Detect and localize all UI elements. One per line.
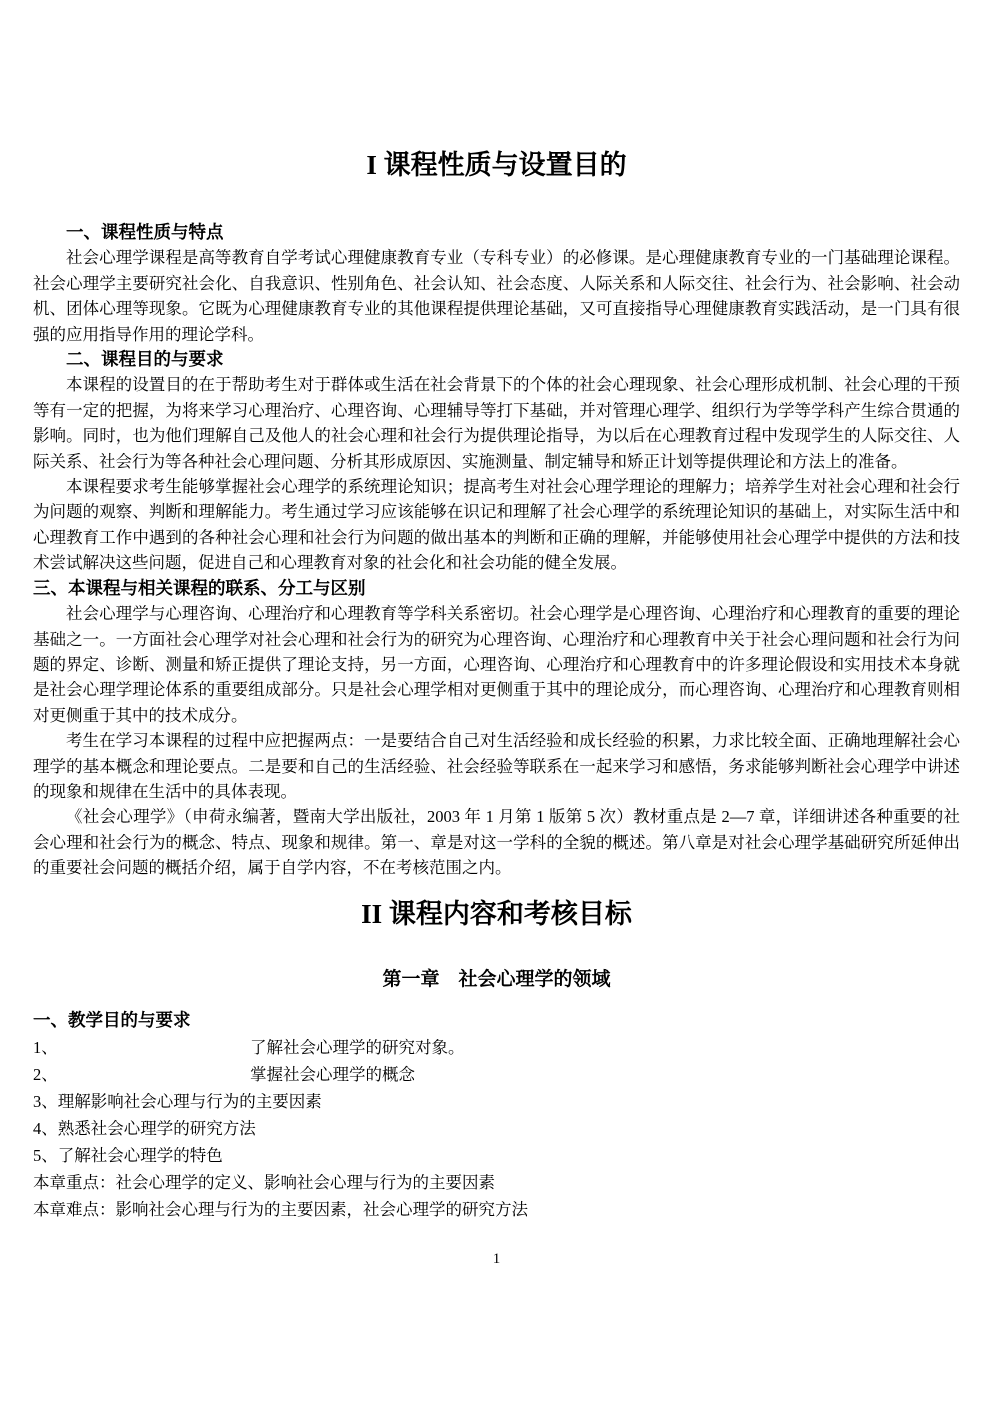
chapter1-title: 第一章 社会心理学的领域 [33, 969, 960, 991]
objective-text: 掌握社会心理学的概念 [250, 1065, 415, 1084]
objective-item-1: 1、了解社会心理学的研究对象。 [33, 1034, 960, 1061]
objective-number: 1、 [33, 1034, 250, 1061]
objective-text: 理解影响社会心理与行为的主要因素 [58, 1092, 322, 1111]
paragraph: 本课程的设置目的在于帮助考生对于群体或生活在社会背景下的个体的社会心理现象、社会… [33, 372, 960, 474]
part1-title: I 课程性质与设置目的 [33, 150, 960, 180]
chapter1-section-heading: 一、教学目的与要求 [33, 1007, 960, 1034]
objective-item-4: 4、熟悉社会心理学的研究方法 [33, 1115, 960, 1142]
paragraph: 社会心理学课程是高等教育自学考试心理健康教育专业（专科专业）的必修课。是心理健康… [33, 245, 960, 347]
objective-number: 4、 [33, 1115, 58, 1142]
objective-number: 5、 [33, 1142, 58, 1169]
objective-text: 了解社会心理学的研究对象。 [250, 1038, 465, 1057]
section-heading-3: 三、本课程与相关课程的联系、分工与区别 [33, 576, 960, 601]
section-heading-1: 一、课程性质与特点 [33, 220, 960, 245]
objective-text: 熟悉社会心理学的研究方法 [58, 1119, 256, 1138]
section-heading-2: 二、课程目的与要求 [33, 347, 960, 372]
part2-title: II 课程内容和考核目标 [33, 899, 960, 929]
objective-item-2: 2、掌握社会心理学的概念 [33, 1061, 960, 1088]
chapter-key-points: 本章重点：社会心理学的定义、影响社会心理与行为的主要因素 [33, 1169, 960, 1196]
page-number: 1 [33, 1249, 960, 1269]
objective-item-5: 5、了解社会心理学的特色 [33, 1142, 960, 1169]
objective-number: 3、 [33, 1088, 58, 1115]
objectives-list: 1、了解社会心理学的研究对象。 2、掌握社会心理学的概念 3、理解影响社会心理与… [33, 1034, 960, 1223]
objective-number: 2、 [33, 1061, 250, 1088]
paragraph: 考生在学习本课程的过程中应把握两点：一是要结合自己对生活经验和成长经验的积累，力… [33, 728, 960, 804]
objective-item-3: 3、理解影响社会心理与行为的主要因素 [33, 1088, 960, 1115]
part1-body: 一、课程性质与特点 社会心理学课程是高等教育自学考试心理健康教育专业（专科专业）… [33, 220, 960, 881]
objective-text: 了解社会心理学的特色 [58, 1146, 223, 1165]
paragraph: 社会心理学与心理咨询、心理治疗和心理教育等学科关系密切。社会心理学是心理咨询、心… [33, 601, 960, 728]
chapter-difficult-points: 本章难点：影响社会心理与行为的主要因素，社会心理学的研究方法 [33, 1196, 960, 1223]
document-page: I 课程性质与设置目的 一、课程性质与特点 社会心理学课程是高等教育自学考试心理… [0, 0, 993, 1404]
paragraph: 《社会心理学》（申荷永编著，暨南大学出版社，2003 年 1 月第 1 版第 5… [33, 804, 960, 880]
paragraph: 本课程要求考生能够掌握社会心理学的系统理论知识；提高考生对社会心理学理论的理解力… [33, 474, 960, 576]
